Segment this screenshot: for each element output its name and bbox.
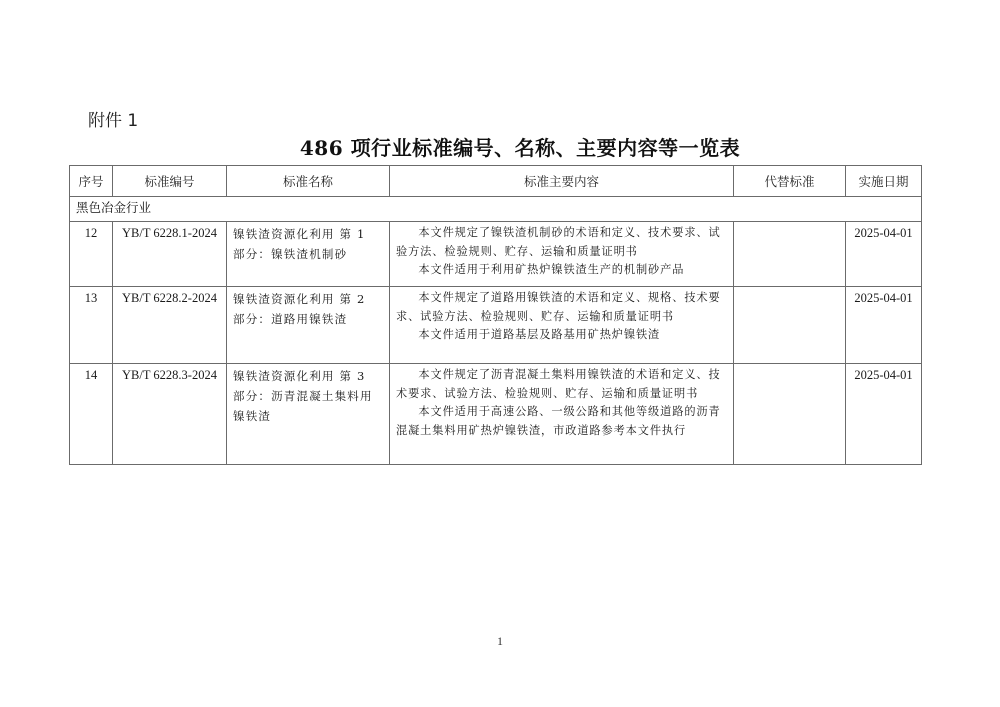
content-paragraph: 本文件规定了道路用镍铁渣的术语和定义、规格、技术要求、试验方法、检验规则、贮存、… [396, 289, 727, 326]
table-row: 12 YB/T 6228.1-2024 镍铁渣资源化利用 第 1 部分：镍铁渣机… [70, 222, 922, 287]
cell-content: 本文件规定了沥青混凝土集料用镍铁渣的术语和定义、技术要求、试验方法、检验规则、贮… [390, 364, 734, 465]
header-replaces: 代替标准 [734, 166, 846, 197]
standards-table: 序号 标准编号 标准名称 标准主要内容 代替标准 实施日期 黑色冶金行业 12 … [69, 165, 922, 465]
header-name: 标准名称 [227, 166, 390, 197]
page-number: 1 [0, 634, 1000, 649]
cell-name: 镍铁渣资源化利用 第 2 部分：道路用镍铁渣 [227, 287, 390, 364]
category-row: 黑色冶金行业 [70, 197, 922, 222]
content-paragraph: 本文件规定了镍铁渣机制砂的术语和定义、技术要求、试验方法、检验规则、贮存、运输和… [396, 224, 727, 261]
table-row: 13 YB/T 6228.2-2024 镍铁渣资源化利用 第 2 部分：道路用镍… [70, 287, 922, 364]
cell-replaces [734, 287, 846, 364]
cell-date: 2025-04-01 [846, 364, 922, 465]
content-paragraph: 本文件规定了沥青混凝土集料用镍铁渣的术语和定义、技术要求、试验方法、检验规则、贮… [396, 366, 727, 403]
cell-code: YB/T 6228.1-2024 [113, 222, 227, 287]
header-date: 实施日期 [846, 166, 922, 197]
cell-date: 2025-04-01 [846, 287, 922, 364]
content-paragraph: 本文件适用于利用矿热炉镍铁渣生产的机制砂产品 [396, 261, 727, 280]
header-no: 序号 [70, 166, 113, 197]
cell-code: YB/T 6228.3-2024 [113, 364, 227, 465]
cell-name: 镍铁渣资源化利用 第 3 部分：沥青混凝土集料用镍铁渣 [227, 364, 390, 465]
category-label: 黑色冶金行业 [70, 197, 922, 222]
document-title: 486 项行业标准编号、名称、主要内容等一览表 [0, 132, 1000, 161]
cell-code: YB/T 6228.2-2024 [113, 287, 227, 364]
table-row: 14 YB/T 6228.3-2024 镍铁渣资源化利用 第 3 部分：沥青混凝… [70, 364, 922, 465]
header-code: 标准编号 [113, 166, 227, 197]
cell-replaces [734, 364, 846, 465]
cell-replaces [734, 222, 846, 287]
attachment-label: 附件 1 [88, 106, 138, 131]
table-header-row: 序号 标准编号 标准名称 标准主要内容 代替标准 实施日期 [70, 166, 922, 197]
cell-no: 12 [70, 222, 113, 287]
cell-date: 2025-04-01 [846, 222, 922, 287]
cell-content: 本文件规定了道路用镍铁渣的术语和定义、规格、技术要求、试验方法、检验规则、贮存、… [390, 287, 734, 364]
cell-no: 13 [70, 287, 113, 364]
content-paragraph: 本文件适用于道路基层及路基用矿热炉镍铁渣 [396, 326, 727, 345]
cell-name: 镍铁渣资源化利用 第 1 部分：镍铁渣机制砂 [227, 222, 390, 287]
cell-no: 14 [70, 364, 113, 465]
header-content: 标准主要内容 [390, 166, 734, 197]
content-paragraph: 本文件适用于高速公路、一级公路和其他等级道路的沥青混凝土集料用矿热炉镍铁渣，市政… [396, 403, 727, 440]
cell-content: 本文件规定了镍铁渣机制砂的术语和定义、技术要求、试验方法、检验规则、贮存、运输和… [390, 222, 734, 287]
